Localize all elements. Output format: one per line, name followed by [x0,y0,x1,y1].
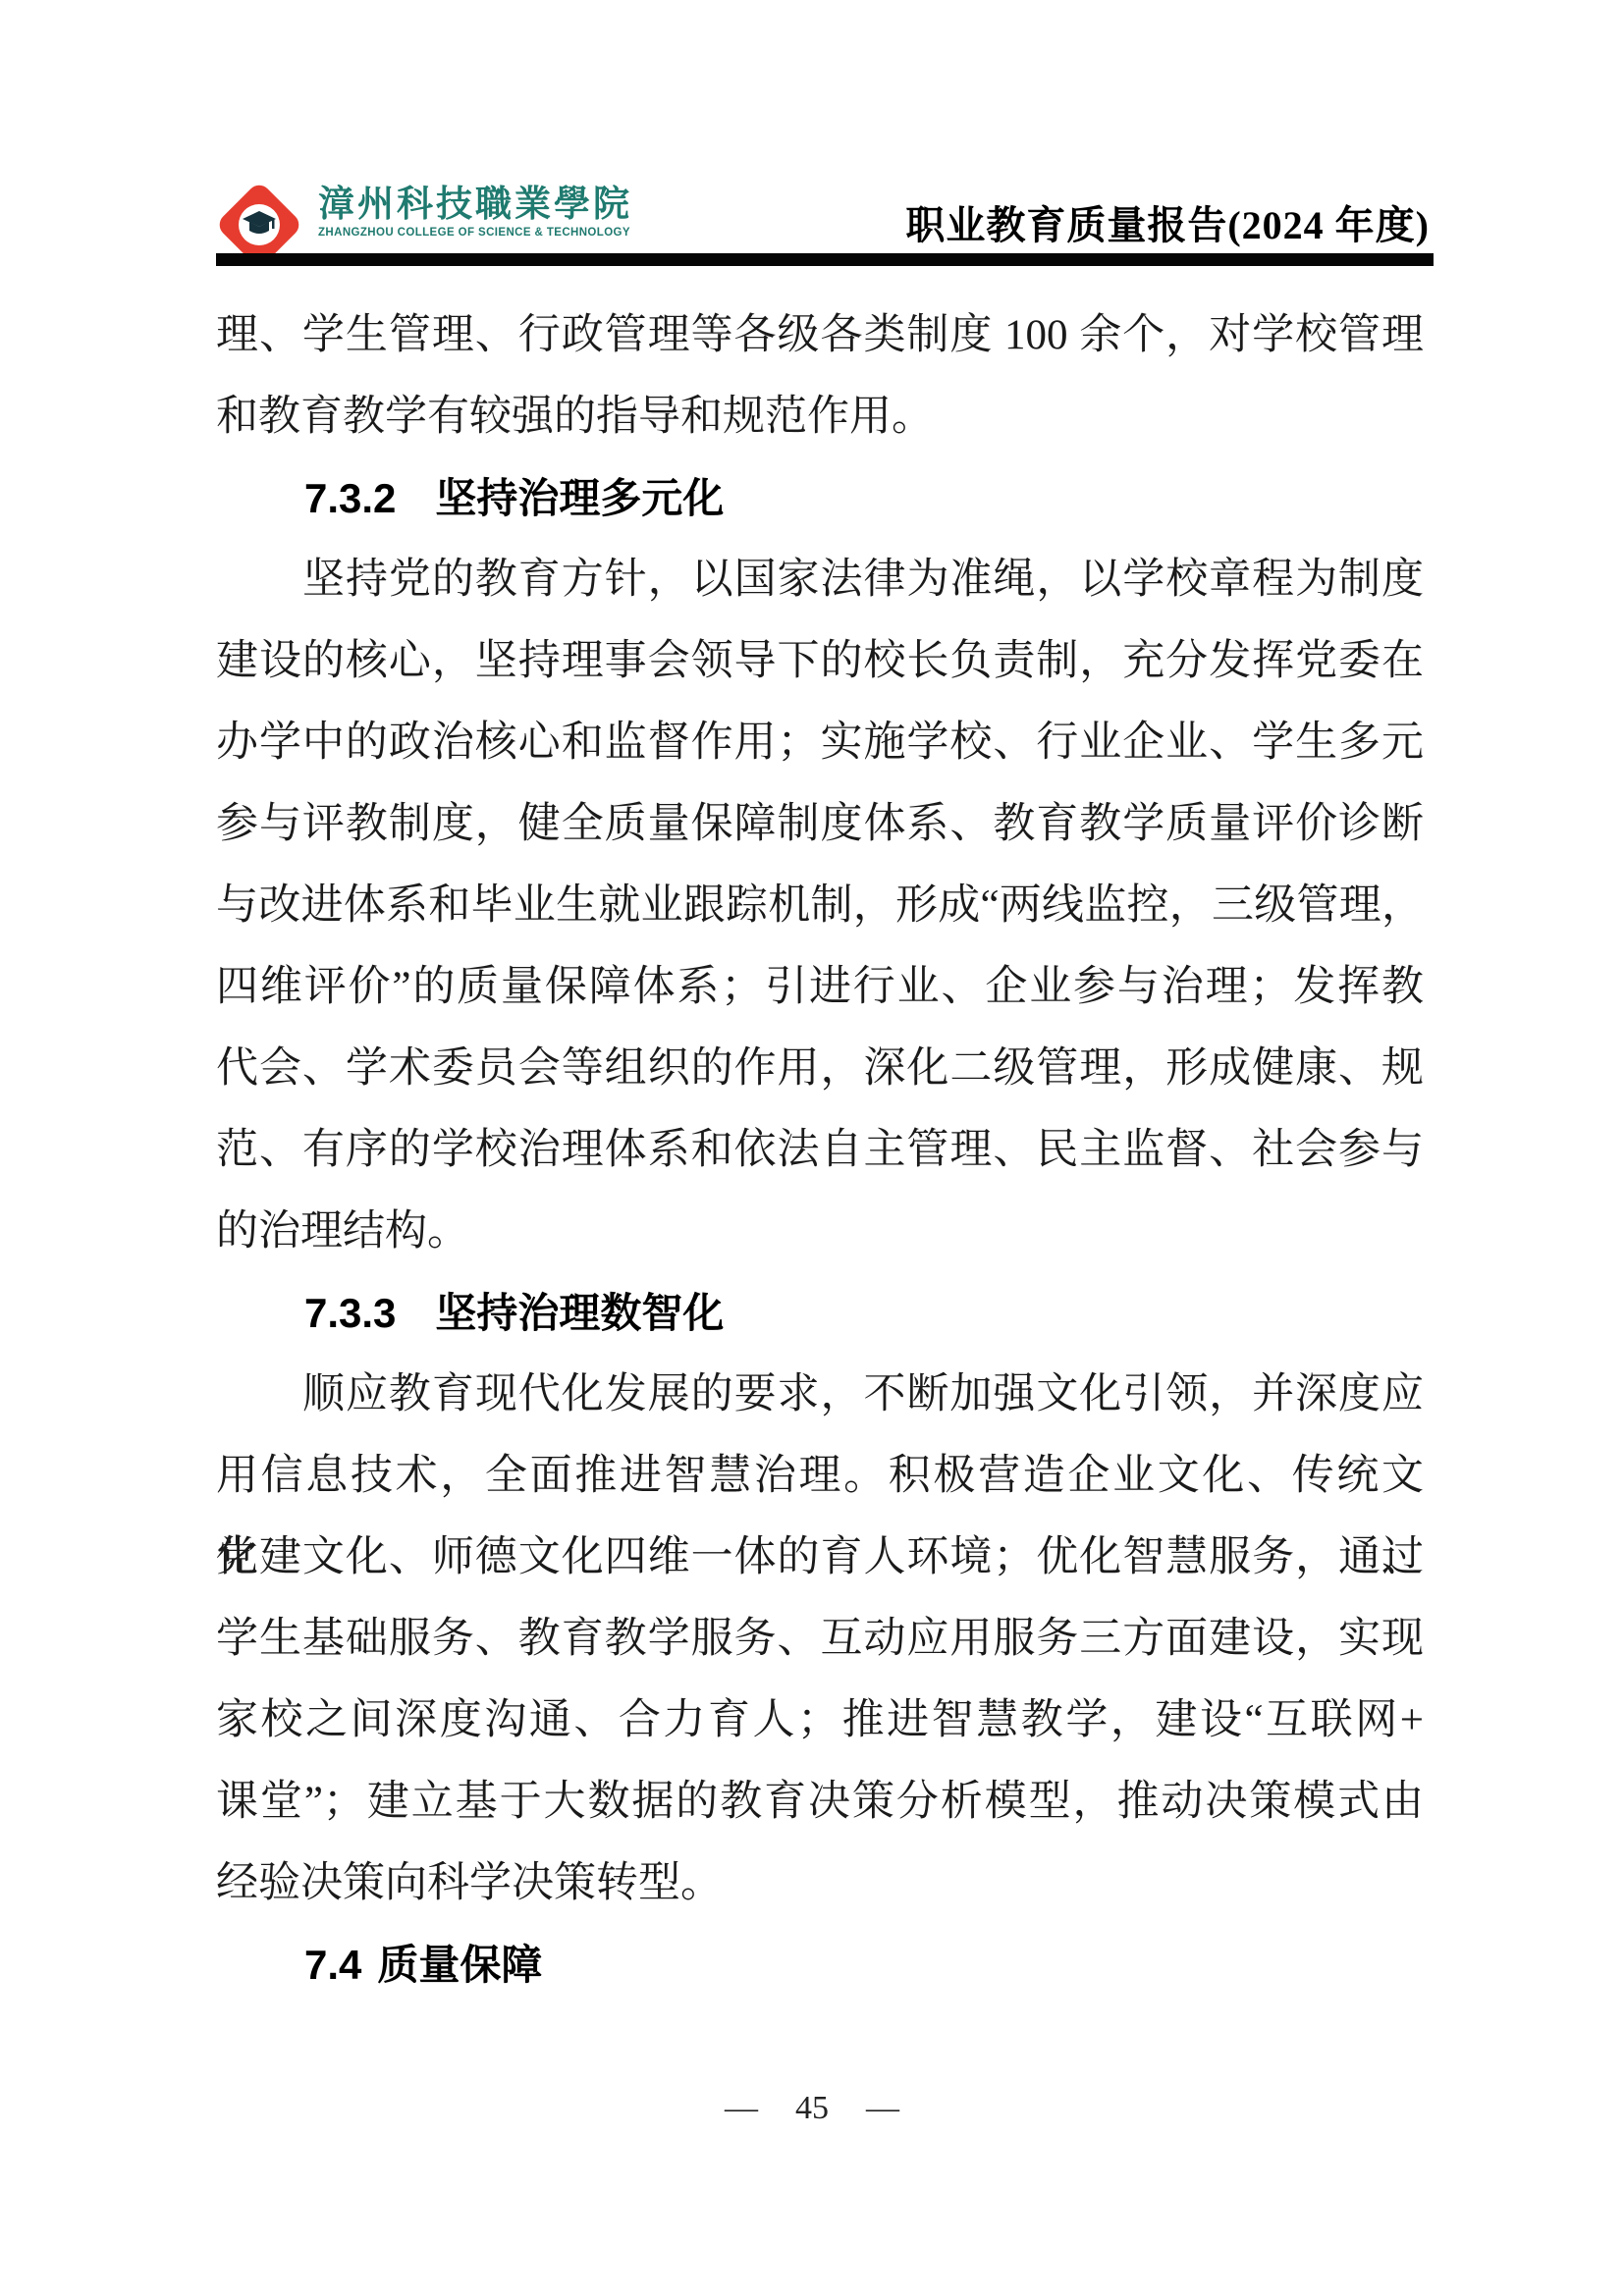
footer-dash-right: — [866,2090,899,2127]
paragraph-line: 党建文化、师德文化四维一体的育人环境；优化智慧服务，通过 [216,1517,1424,1598]
document-body: 理、学生管理、行政管理等各级各类制度 100 余个，对学校管理 和教育教学有较强… [216,294,1424,2005]
page-header: 漳州科技職業學院 ZHANGZHOU COLLEGE OF SCIENCE & … [0,0,1624,267]
paragraph-line: 建设的核心，坚持理事会领导下的校长负责制，充分发挥党委在 [216,620,1424,702]
section-heading-7-3-2: 7.3.2坚持治理多元化 [216,457,1424,539]
paragraph-line: 范、有序的学校治理体系和依法自主管理、民主监督、社会参与 [216,1109,1424,1191]
paragraph-line: 经验决策向科学决策转型。 [216,1842,1424,1924]
section-heading-7-4: 7.4质量保障 [216,1924,1424,2005]
page-footer: — 45 — [0,2079,1624,2138]
header-divider-bar [216,253,1434,266]
paragraph-line: 与改进体系和毕业生就业跟踪机制，形成“两线监控，三级管理， [216,865,1424,946]
college-name-block: 漳州科技職業學院 ZHANGZHOU COLLEGE OF SCIENCE & … [318,180,632,240]
paragraph-line: 参与评教制度，健全质量保障制度体系、教育教学质量评价诊断 [216,783,1424,865]
page-number: 45 [795,2090,829,2127]
paragraph-line: 家校之间深度沟通、合力育人；推进智慧教学，建设“互联网+ [216,1680,1424,1761]
section-number: 7.4 [304,1942,361,1988]
paragraph-line: 的治理结构。 [216,1191,1424,1272]
footer-dash-left: — [725,2090,758,2127]
paragraph-line: 课堂”；建立基于大数据的教育决策分析模型，推动决策模式由 [216,1761,1424,1842]
college-name-chinese: 漳州科技職業學院 [318,186,632,225]
paragraph-line: 用信息技术，全面推进智慧治理。积极营造企业文化、传统文化、 [216,1435,1424,1517]
paragraph-line: 四维评价”的质量保障体系；引进行业、企业参与治理；发挥教 [216,946,1424,1028]
section-number: 7.3.3 [304,1290,396,1336]
paragraph-line: 顺应教育现代化发展的要求，不断加强文化引领，并深度应 [216,1354,1424,1435]
college-name-english: ZHANGZHOU COLLEGE OF SCIENCE & TECHNOLOG… [318,225,632,240]
paragraph-line: 代会、学术委员会等组织的作用，深化二级管理，形成健康、规 [216,1028,1424,1109]
section-title: 质量保障 [377,1942,542,1988]
section-title: 坚持治理多元化 [435,475,724,521]
section-heading-7-3-3: 7.3.3坚持治理数智化 [216,1272,1424,1354]
paragraph-line: 办学中的政治核心和监督作用；实施学校、行业企业、学生多元 [216,702,1424,783]
section-number: 7.3.2 [304,475,396,521]
document-page: 漳州科技職業學院 ZHANGZHOU COLLEGE OF SCIENCE & … [0,0,1624,2296]
paragraph-line: 理、学生管理、行政管理等各级各类制度 100 余个，对学校管理 [216,294,1424,376]
report-title: 职业教育质量报告(2024 年度) [905,194,1430,250]
paragraph-line: 学生基础服务、教育教学服务、互动应用服务三方面建设，实现 [216,1598,1424,1680]
paragraph-line: 和教育教学有较强的指导和规范作用。 [216,376,1424,457]
section-title: 坚持治理数智化 [435,1290,724,1336]
paragraph-line: 坚持党的教育方针，以国家法律为准绳，以学校章程为制度 [216,539,1424,620]
